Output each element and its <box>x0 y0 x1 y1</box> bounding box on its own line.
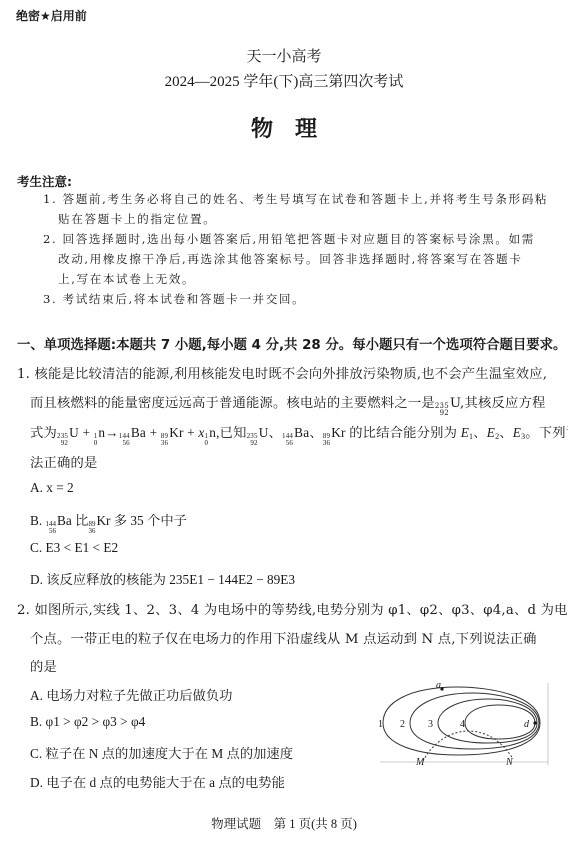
question-text: U,其核反应方程 <box>450 396 546 411</box>
question-text: 核能是比较清洁的能源,利用核能发电时既不会向外排放污染物质,也不会产生温室效应, <box>35 367 548 382</box>
line-label-2: 2 <box>400 719 405 730</box>
section-heading: 一、单项选择题:本题共 7 小题,每小题 4 分,共 28 分。每小题只有一个选… <box>17 334 566 353</box>
line-label-4: 4 <box>460 719 465 730</box>
question-1-line-1: 1. 核能是比较清洁的能源,利用核能发电时既不会向外排放污染物质,也不会产生温室… <box>17 363 547 382</box>
notice-item-1-line-2: 贴在答题卡上的指定位置。 <box>58 211 216 227</box>
notice-item-3-line-1: 3. 考试结束后,将本试卷和答题卡一并交回。 <box>43 291 305 307</box>
question-2-line-2: 个点。一带正电的粒子仅在电场力的作用下沿虚线从 M 点运动到 N 点,下列说法正… <box>30 628 537 647</box>
notice-item-2-line-3: 上,写在本试卷上无效。 <box>58 271 195 287</box>
line-label-1: 1 <box>378 719 383 730</box>
question-1-line-3-equation: 式为23592U + 10n→14456Ba + 8936Kr + x10n,已… <box>30 422 568 447</box>
question-2-option-a[interactable]: A. 电场力对粒子先做正功后做负功 <box>30 685 232 704</box>
question-number: 2. <box>17 603 30 618</box>
question-1-option-d[interactable]: D. 该反应释放的核能为 235E1 − 144E2 − 89E3 <box>30 569 295 588</box>
point-label-a: a <box>436 683 441 691</box>
line-label-3: 3 <box>428 719 433 730</box>
page-footer: 物理试题 第 1 页(共 8 页) <box>0 814 568 832</box>
question-1-option-c[interactable]: C. E3 < E1 < E2 <box>30 540 118 556</box>
point-label-n: N <box>505 757 514 765</box>
question-2-option-b[interactable]: B. φ1 > φ2 > φ3 > φ4 <box>30 714 145 730</box>
nuclide-u235: 23592 <box>435 396 450 417</box>
question-text: 而且核燃料的能量密度远远高于普通能源。核电站的主要燃料之一是 <box>30 396 435 411</box>
organization-title: 天一小高考 <box>0 45 568 66</box>
question-1-line-4: 法正确的是 <box>30 452 97 471</box>
question-2-option-d[interactable]: D. 电子在 d 点的电势能大于在 a 点的电势能 <box>30 772 285 791</box>
point-label-d: d <box>524 719 530 730</box>
question-1-line-2: 而且核燃料的能量密度远远高于普通能源。核电站的主要燃料之一是23592U,其核反… <box>30 392 545 417</box>
notice-heading: 考生注意: <box>17 172 72 190</box>
exam-title: 2024—2025 学年(下)高三第四次考试 <box>0 70 568 91</box>
question-2-line-3: 的是 <box>30 656 57 675</box>
subject-title: 物理 <box>0 112 568 143</box>
notice-item-1-line-1: 1. 答题前,考生务必将自己的姓名、考生号填写在试卷和答题卡上,并将考生号条形码… <box>43 191 548 207</box>
notice-item-2-line-2: 改动,用橡皮擦干净后,再选涂其他答案标号。回答非选择题时,将答案写在答题卡 <box>58 251 522 267</box>
trajectory-dashed <box>423 731 513 761</box>
question-text: 如图所示,实线 1、2、3、4 为电场中的等势线,电势分别为 φ1、φ2、φ3、… <box>35 603 568 618</box>
question-1-option-a[interactable]: A. x = 2 <box>30 480 74 496</box>
question-2-line-1: 2. 如图所示,实线 1、2、3、4 为电场中的等势线,电势分别为 φ1、φ2、… <box>17 599 568 618</box>
equipotential-diagram: 1 2 3 4 a d M N <box>378 683 550 765</box>
notice-item-2-line-1: 2. 回答选择题时,选出每小题答案后,用铅笔把答题卡对应题目的答案标号涂黑。如需 <box>43 231 535 247</box>
question-number: 1. <box>17 367 30 382</box>
point-label-m: M <box>415 757 425 765</box>
confidential-label: 绝密★启用前 <box>16 7 87 24</box>
question-2-option-c[interactable]: C. 粒子在 N 点的加速度大于在 M 点的加速度 <box>30 743 293 762</box>
question-1-option-b[interactable]: B. 14456Ba 比8936Kr 多 35 个中子 <box>30 510 187 535</box>
